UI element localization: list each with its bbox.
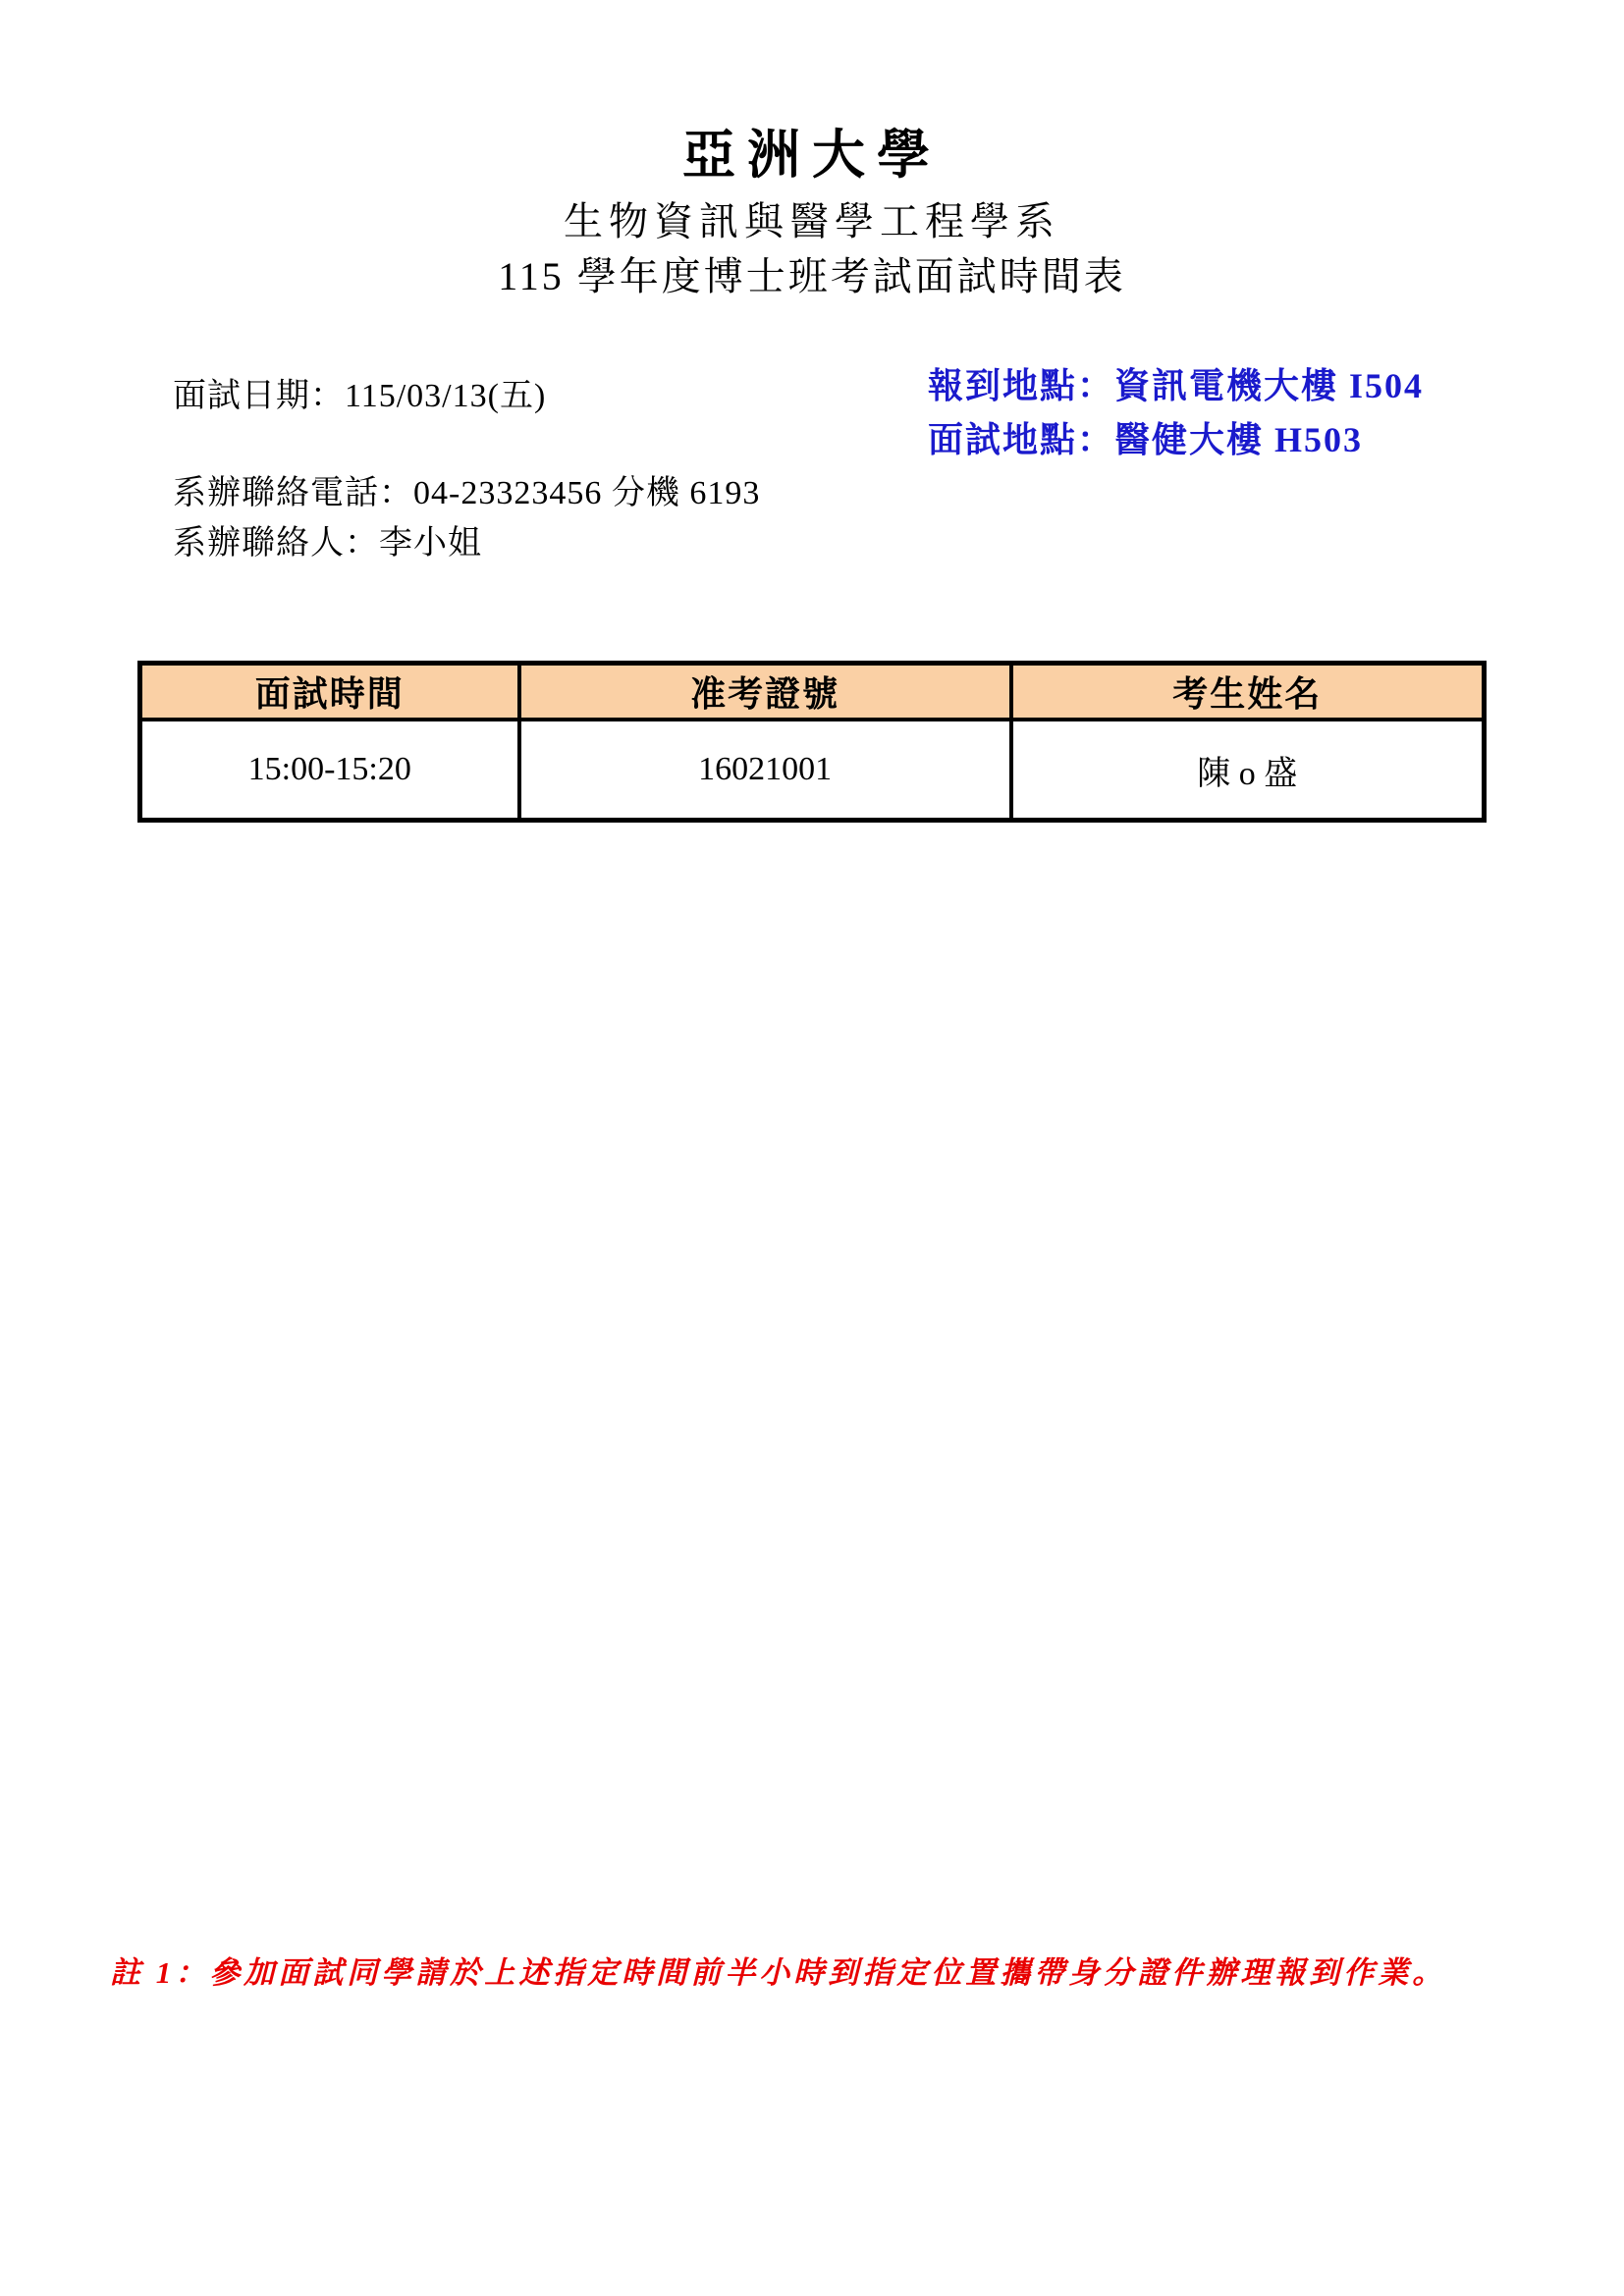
cell-admission-number: 16021001: [519, 720, 1011, 821]
col-header-interview-time: 面試時間: [140, 664, 519, 721]
interview-date-line: 面試日期：115/03/13(五): [173, 380, 546, 413]
checkin-location-line: 報到地點：資訊電機大樓 I504: [928, 368, 1424, 403]
university-name: 亞洲大學: [0, 129, 1624, 182]
office-contact-line: 系辦聯絡人：李小姐: [173, 527, 482, 561]
table-row: 15:00-15:20 16021001 陳 o 盛: [140, 720, 1485, 821]
cell-candidate-name: 陳 o 盛: [1011, 720, 1485, 821]
office-phone-line: 系辦聯絡電話：04-23323456 分機 6193: [173, 477, 760, 510]
interview-location-line: 面試地點：醫健大樓 H503: [928, 422, 1363, 457]
department-name: 生物資訊與醫學工程學系: [0, 202, 1624, 241]
document-title: 115 學年度博士班考試面試時間表: [0, 257, 1624, 296]
document-page: { "document": { "university": "亞洲大學", "d…: [0, 0, 1624, 2296]
cell-interview-time: 15:00-15:20: [140, 720, 519, 821]
col-header-admission-number: 准考證號: [519, 664, 1011, 721]
col-header-candidate-name: 考生姓名: [1011, 664, 1485, 721]
interview-schedule-table: 面試時間 准考證號 考生姓名 15:00-15:20 16021001 陳 o …: [137, 661, 1487, 823]
footer-note: 註 1：參加面試同學請於上述指定時間前半小時到指定位置攜帶身分證件辦理報到作業。: [110, 1956, 1446, 1990]
table-header-row: 面試時間 准考證號 考生姓名: [140, 664, 1485, 721]
